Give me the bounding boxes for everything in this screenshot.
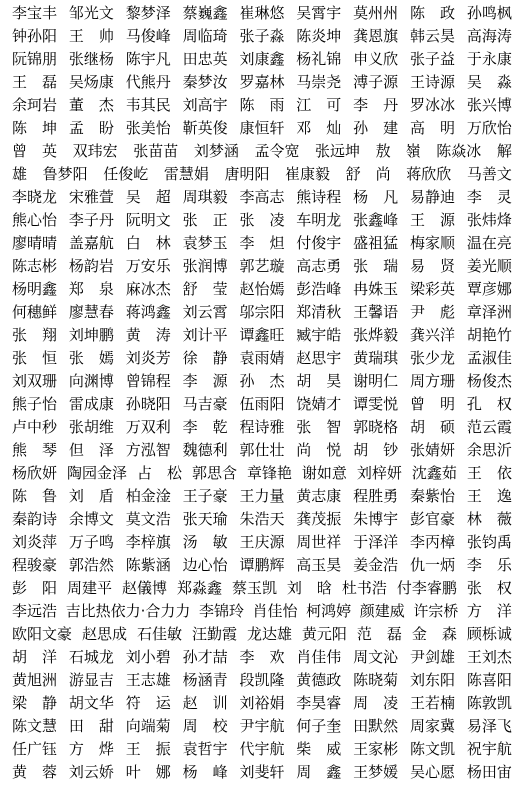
person-name: 程胜勇	[353, 485, 398, 508]
person-name: 李 源	[183, 370, 228, 393]
person-name: 李 丹	[353, 94, 398, 117]
person-name: 李宝丰	[12, 2, 57, 25]
person-name: 周世祥	[296, 531, 341, 554]
person-name: 廖晴晴	[12, 232, 57, 255]
person-name: 高玉昊	[296, 554, 341, 577]
person-name: 马俊峰	[126, 25, 171, 48]
person-name: 王志雄	[126, 669, 171, 692]
person-name: 王 逸	[467, 485, 512, 508]
person-name: 周家冀	[410, 715, 455, 738]
person-name: 付李睿鹏	[397, 577, 457, 600]
person-name: 王馨语	[353, 301, 398, 324]
name-row: 李远浩吉比热依力·合力力李锦玲肖佳怡柯鸿婷颜建威许宗桥方 洋	[12, 600, 512, 623]
person-name: 胡 硕	[410, 416, 455, 439]
name-row: 杨欣妍陶园金泽占 松郭思含章锋艳谢如意刘梓妍沈鑫茹王 依	[12, 462, 512, 485]
person-name: 王若楠	[410, 692, 455, 715]
person-name: 周 凌	[353, 692, 398, 715]
person-name: 肖佳伟	[296, 646, 341, 669]
person-name: 盛祖猛	[353, 232, 398, 255]
person-name: 万欣怡	[467, 117, 512, 140]
person-name: 孟淑佳	[467, 347, 512, 370]
person-name: 陈文慧	[12, 715, 57, 738]
person-name: 孙 杰	[239, 370, 284, 393]
person-name: 覃彦娜	[467, 278, 512, 301]
name-row: 刘炎萍万子鸣李梓旗汤 敏王庆源周世祥于泽洋李丙樟张钧禹	[12, 531, 512, 554]
person-name: 孟令宽	[254, 140, 299, 163]
person-name: 刘炎芳	[126, 347, 171, 370]
person-name: 王梦媛	[353, 761, 398, 784]
person-name: 温在亮	[467, 232, 512, 255]
person-name: 赵怡嫣	[239, 278, 284, 301]
person-name: 肖佳怡	[253, 600, 298, 623]
name-row: 余珂岩董 杰韦其民刘高宇陈 雨江 可李 丹罗冰冰张兴博	[12, 94, 512, 117]
person-name: 谭鹏辉	[239, 554, 284, 577]
person-name: 王 帅	[69, 25, 114, 48]
name-row: 李宝丰邹光文黎梦泽蔡巍鑫崔琳悠吴霄宇莫州州陈 政孙鸣枫	[12, 2, 512, 25]
person-name: 张子益	[410, 48, 455, 71]
person-name: 彭官豪	[410, 508, 455, 531]
person-name: 易 贤	[410, 255, 455, 278]
person-name: 符 运	[126, 692, 171, 715]
person-name: 杨韵岩	[69, 255, 114, 278]
person-name: 龚兴洋	[410, 324, 455, 347]
person-name: 陈炎坤	[296, 25, 341, 48]
person-name: 赵思宇	[296, 347, 341, 370]
name-row: 陈文慧田 甜向端菊周 校尹宇航何子奎田默然周家冀易泽飞	[12, 715, 512, 738]
person-name: 饶婧才	[296, 393, 341, 416]
person-name: 张 正	[183, 209, 228, 232]
person-name: 范云霞	[467, 416, 512, 439]
person-name: 段凯隆	[239, 669, 284, 692]
person-name: 张 智	[296, 416, 341, 439]
name-row: 王 磊吴炀康代熊丹秦梦汝罗嘉林马崇尧溥子源王诗源吴 淼	[12, 71, 512, 94]
person-name: 张鑫峰	[353, 209, 398, 232]
person-name: 蔡巍鑫	[183, 2, 228, 25]
person-name: 王家彬	[353, 738, 398, 761]
person-name: 刘炎萍	[12, 531, 57, 554]
person-name: 唐明阳	[224, 163, 269, 186]
person-name: 万安乐	[126, 255, 171, 278]
person-name: 姜光顺	[467, 255, 512, 278]
person-name: 刘 盾	[69, 485, 114, 508]
name-row: 任广钰方 烨王 振袁哲宇代宇航柴 威王家彬陈文凯祝宇航	[12, 738, 512, 761]
person-name: 张 嫣	[69, 347, 114, 370]
person-name: 李 灵	[467, 186, 512, 209]
person-name: 陈紫涵	[126, 554, 171, 577]
person-name: 刘计平	[183, 324, 228, 347]
name-row: 熊 琴但 泽方泓智魏德利郭仕壮尚 悦胡 钞张婧妍余思沂	[12, 439, 512, 462]
person-name: 邓 灿	[296, 117, 341, 140]
person-name: 柏金淦	[126, 485, 171, 508]
person-name: 郭仕壮	[239, 439, 284, 462]
person-name: 田 甜	[69, 715, 114, 738]
name-row: 秦韵诗余博文莫文浩张天瑜朱浩天龚茂振朱博宇彭官豪林 薇	[12, 508, 512, 531]
person-name: 蔡玉凯	[232, 577, 277, 600]
person-name: 张 瑞	[353, 255, 398, 278]
person-name: 周文沁	[353, 646, 398, 669]
person-name: 高志勇	[296, 255, 341, 278]
name-row: 何穗鲜廖慧春蒋鸿鑫刘云霄邬宗阳郑清秋王馨语尹 彪章泽洲	[12, 301, 512, 324]
person-name: 但 泽	[69, 439, 114, 462]
person-name: 高海涛	[467, 25, 512, 48]
person-name: 车明龙	[296, 209, 341, 232]
person-name: 袁哲宇	[183, 738, 228, 761]
person-name: 刘坤鹏	[69, 324, 114, 347]
person-name: 张子淼	[239, 25, 284, 48]
person-name: 向渊博	[69, 370, 114, 393]
person-name: 韩云昊	[410, 25, 455, 48]
person-name: 龚恩旗	[353, 25, 398, 48]
person-name: 高 明	[410, 117, 455, 140]
person-name: 梁彩英	[410, 278, 455, 301]
person-name: 曾 英	[12, 140, 57, 163]
person-name: 伍雨阳	[239, 393, 284, 416]
person-name: 李梓旗	[126, 531, 171, 554]
name-row: 张 翔刘坤鹏黄 涛刘计平谭鑫旺臧宇皓张烨毅龚兴洋胡艳竹	[12, 324, 512, 347]
person-name: 李远浩	[12, 600, 57, 623]
person-name: 梁 静	[12, 692, 57, 715]
person-name: 阮锦朋	[12, 48, 57, 71]
name-row: 曾 英双玮宏张苗苗刘梦涵孟令宽张远坤敖 嶺陈焱冰解	[12, 140, 512, 163]
person-name: 付俊宇	[296, 232, 341, 255]
person-name: 田忠英	[183, 48, 228, 71]
person-name: 张 凌	[239, 209, 284, 232]
person-name: 徐 静	[183, 347, 228, 370]
name-row: 欧阳文豪赵思成石佳敏汪勤霞龙达雄黄元阳范 磊金 森顾栎诚	[12, 623, 512, 646]
person-name: 郑清秋	[296, 301, 341, 324]
person-name: 杨欣妍	[12, 462, 57, 485]
person-name: 李高志	[239, 186, 284, 209]
person-name: 郭艺璇	[239, 255, 284, 278]
person-name: 易静迪	[410, 186, 455, 209]
person-name: 敖 嶺	[376, 140, 421, 163]
person-name: 周临琦	[183, 25, 228, 48]
name-row: 陈 坤孟 盼张美怡靳英俊康恒轩邓 灿孙 建高 明万欣怡	[12, 117, 512, 140]
person-name: 王子豪	[183, 485, 228, 508]
person-name: 程骏豪	[12, 554, 57, 577]
person-name: 林 薇	[467, 508, 512, 531]
person-name: 尚 悦	[296, 439, 341, 462]
person-name: 黄旭洲	[12, 669, 57, 692]
person-name: 李 欢	[239, 646, 284, 669]
person-name: 吴 淼	[467, 71, 512, 94]
person-name: 谢如意	[302, 462, 347, 485]
person-name: 钟孙阳	[12, 25, 57, 48]
person-name: 章锋艳	[247, 462, 292, 485]
person-name: 江 可	[296, 94, 341, 117]
person-name: 余博文	[69, 508, 114, 531]
person-name: 尹宇航	[239, 715, 284, 738]
person-name: 杨 峰	[183, 761, 228, 784]
person-name: 袁雨婧	[239, 347, 284, 370]
name-row: 陈 鲁刘 盾柏金淦王子豪王力量黄志康程胜勇秦紫怡王 逸	[12, 485, 512, 508]
person-name: 吴 超	[126, 186, 171, 209]
person-name: 李锦玲	[199, 600, 244, 623]
person-name: 谭鑫旺	[239, 324, 284, 347]
name-row: 黄 蓉刘云娇叶 娜杨 峰刘斐轩周 鑫王梦媛吴心愿杨田宙	[12, 761, 512, 784]
person-name: 刘斐轩	[239, 761, 284, 784]
person-name: 吴炀康	[69, 71, 114, 94]
person-name: 盖嘉航	[69, 232, 114, 255]
person-name: 张继杨	[69, 48, 114, 71]
person-name: 陈 雨	[239, 94, 284, 117]
person-name: 胡 昊	[296, 370, 341, 393]
person-name: 魏德利	[183, 439, 228, 462]
person-name: 占 松	[137, 462, 182, 485]
person-name: 罗嘉林	[239, 71, 284, 94]
person-name: 申义欣	[353, 48, 398, 71]
person-name: 孙才喆	[183, 646, 228, 669]
person-name: 黄德政	[296, 669, 341, 692]
person-name: 向端菊	[126, 715, 171, 738]
name-row: 胡 洋石城龙刘小碧孙才喆李 欢肖佳伟周文沁尹剑雄王刘杰	[12, 646, 512, 669]
person-name: 罗冰冰	[410, 94, 455, 117]
person-name: 陈志彬	[12, 255, 57, 278]
person-name: 李 乾	[183, 416, 228, 439]
name-row: 廖晴晴盖嘉航白 林袁梦玉李 炟付俊宇盛祖猛梅家顺温在亮	[12, 232, 512, 255]
person-name: 刘云霄	[183, 301, 228, 324]
person-name: 周方珊	[410, 370, 455, 393]
person-name: 章泽洲	[467, 301, 512, 324]
person-name: 杨明鑫	[12, 278, 57, 301]
person-name: 刘裕娟	[239, 692, 284, 715]
person-name: 溥子源	[353, 71, 398, 94]
person-name: 马崇尧	[296, 71, 341, 94]
person-name: 孙鸣枫	[467, 2, 512, 25]
person-name: 方 洋	[467, 600, 512, 623]
person-name: 邹光文	[69, 2, 114, 25]
person-name: 康恒轩	[239, 117, 284, 140]
person-name: 游显吉	[69, 669, 114, 692]
person-name: 杨 凡	[353, 186, 398, 209]
person-name: 宋雅萱	[69, 186, 114, 209]
person-name: 鲁梦阳	[43, 163, 88, 186]
person-name: 朱浩天	[239, 508, 284, 531]
person-name: 杜书浩	[342, 577, 387, 600]
person-name: 石佳敏	[137, 623, 182, 646]
name-row: 杨明鑫郑 泉麻冰杰舒 莹赵怡嫣彭浩峰冉姝玉梁彩英覃彦娜	[12, 278, 512, 301]
person-name: 胡艳竹	[467, 324, 512, 347]
person-name: 汪勤霞	[192, 623, 237, 646]
person-name: 赵儀博	[122, 577, 167, 600]
person-name: 张天瑜	[183, 508, 228, 531]
name-row: 李晓龙宋雅萱吴 超周琪毅李高志熊诗程杨 凡易静迪李 灵	[12, 186, 512, 209]
person-name: 卢中秒	[12, 416, 57, 439]
person-name: 叶 娜	[126, 761, 171, 784]
person-name: 刘梓妍	[357, 462, 402, 485]
name-row: 阮锦朋张继杨陈宇凡田忠英刘康鑫杨礼锦申义欣张子益于永康	[12, 48, 512, 71]
person-name: 王诗源	[410, 71, 455, 94]
person-name: 周建平	[67, 577, 112, 600]
person-name: 杨田宙	[467, 761, 512, 784]
person-name: 陈喜阳	[467, 669, 512, 692]
person-name: 解	[497, 140, 512, 163]
name-row: 程骏豪郭浩然陈紫涵边心怡谭鹏辉高玉昊姜金浩仇一炳李 乐	[12, 554, 512, 577]
person-name: 王庆源	[239, 531, 284, 554]
person-name: 郭浩然	[69, 554, 114, 577]
person-name: 万子鸣	[69, 531, 114, 554]
person-name: 雷慧娟	[164, 163, 209, 186]
person-name: 周 鑫	[296, 761, 341, 784]
name-row: 陈志彬杨韵岩万安乐张润博郭艺璇高志勇张 瑞易 贤姜光顺	[12, 255, 512, 278]
person-name: 何穗鲜	[12, 301, 57, 324]
person-name: 范 磊	[357, 623, 402, 646]
person-name: 陈焱冰	[436, 140, 481, 163]
person-name: 张少龙	[410, 347, 455, 370]
person-name: 孟 盼	[69, 117, 114, 140]
person-name: 刘 晗	[287, 577, 332, 600]
person-name: 梅家顺	[410, 232, 455, 255]
person-name: 李 乐	[467, 554, 512, 577]
person-name: 熊 琴	[12, 439, 57, 462]
person-name: 胡 钞	[353, 439, 398, 462]
person-name: 莫州州	[353, 2, 398, 25]
person-name: 熊诗程	[296, 186, 341, 209]
person-name: 李晓龙	[12, 186, 57, 209]
person-name: 李子丹	[69, 209, 114, 232]
name-row: 卢中秒张胡维万双利李 乾程诗雅张 智郭晓格胡 硕范云霞	[12, 416, 512, 439]
person-name: 龙达雄	[247, 623, 292, 646]
person-name: 张炜烽	[467, 209, 512, 232]
person-name: 彭 阳	[12, 577, 57, 600]
person-name: 郑淼鑫	[177, 577, 222, 600]
person-name: 杨涵青	[183, 669, 228, 692]
person-name: 刘高宇	[183, 94, 228, 117]
person-name: 程诗雅	[239, 416, 284, 439]
person-name: 靳英俊	[183, 117, 228, 140]
name-row: 钟孙阳王 帅马俊峰周临琦张子淼陈炎坤龚恩旗韩云昊高海涛	[12, 25, 512, 48]
person-name: 秦韵诗	[12, 508, 57, 531]
name-row: 熊心怡李子丹阮明文张 正张 凌车明龙张鑫峰王 源张炜烽	[12, 209, 512, 232]
person-name: 王 源	[410, 209, 455, 232]
name-row: 彭 阳周建平赵儀博郑淼鑫蔡玉凯刘 晗杜书浩付李睿鹏张 权	[12, 577, 512, 600]
person-name: 张烨毅	[353, 324, 398, 347]
person-name: 余思沂	[467, 439, 512, 462]
person-name: 何子奎	[296, 715, 341, 738]
person-name: 金 森	[412, 623, 457, 646]
person-name: 彭浩峰	[296, 278, 341, 301]
person-name: 刘东阳	[410, 669, 455, 692]
person-name: 张苗苗	[133, 140, 178, 163]
person-name: 黎梦泽	[126, 2, 171, 25]
person-name: 姜金浩	[353, 554, 398, 577]
person-name: 张钧禹	[467, 531, 512, 554]
person-name: 李昊睿	[296, 692, 341, 715]
person-name: 杨俊杰	[467, 370, 512, 393]
person-name: 郑 泉	[69, 278, 114, 301]
person-name: 黄元阳	[302, 623, 347, 646]
person-name: 赵 训	[183, 692, 228, 715]
person-name: 冉姝玉	[353, 278, 398, 301]
person-name: 张婧妍	[410, 439, 455, 462]
person-name: 吴心愿	[410, 761, 455, 784]
person-name: 尹 彪	[410, 301, 455, 324]
person-name: 张远坤	[315, 140, 360, 163]
person-name: 张 恒	[12, 347, 57, 370]
person-name: 祝宇航	[467, 738, 512, 761]
person-name: 刘康鑫	[239, 48, 284, 71]
person-name: 舒 莹	[183, 278, 228, 301]
person-name: 郭思含	[192, 462, 237, 485]
person-name: 王 振	[126, 738, 171, 761]
name-row: 刘双珊向渊博曾锦程李 源孙 杰胡 昊谢明仁周方珊杨俊杰	[12, 370, 512, 393]
person-name: 沈鑫茹	[412, 462, 457, 485]
person-name: 张美怡	[126, 117, 171, 140]
person-name: 邬宗阳	[239, 301, 284, 324]
person-name: 刘小碧	[126, 646, 171, 669]
person-name: 秦紫怡	[410, 485, 455, 508]
person-name: 朱博宇	[353, 508, 398, 531]
person-name: 黄瑞琪	[353, 347, 398, 370]
person-name: 周琪毅	[183, 186, 228, 209]
person-name: 白 林	[126, 232, 171, 255]
person-name: 蒋欣欣	[406, 163, 451, 186]
person-name: 刘梦涵	[194, 140, 239, 163]
person-name: 曾锦程	[126, 370, 171, 393]
person-name: 黄志康	[296, 485, 341, 508]
person-name: 崔琳悠	[239, 2, 284, 25]
person-name: 陈敦凯	[467, 692, 512, 715]
person-name: 仇一炳	[410, 554, 455, 577]
person-name: 吉比热依力·合力力	[66, 600, 191, 623]
name-row: 黄旭洲游显吉王志雄杨涵青段凯隆黄德政陈晓菊刘东阳陈喜阳	[12, 669, 512, 692]
person-name: 陈 坤	[12, 117, 57, 140]
person-name: 张润博	[183, 255, 228, 278]
person-name: 韦其民	[126, 94, 171, 117]
person-name: 袁梦玉	[183, 232, 228, 255]
person-name: 代宇航	[239, 738, 284, 761]
person-name: 胡文华	[69, 692, 114, 715]
person-name: 陈文凯	[410, 738, 455, 761]
person-name: 于永康	[467, 48, 512, 71]
person-name: 柴 威	[296, 738, 341, 761]
person-name: 张胡维	[69, 416, 114, 439]
person-name: 胡 洋	[12, 646, 57, 669]
person-name: 边心怡	[183, 554, 228, 577]
person-name: 曾 明	[410, 393, 455, 416]
person-name: 任俊屹	[103, 163, 148, 186]
person-name: 余珂岩	[12, 94, 57, 117]
person-name: 王 依	[467, 462, 512, 485]
person-name: 田默然	[353, 715, 398, 738]
person-name: 麻冰杰	[126, 278, 171, 301]
person-name: 秦梦汝	[183, 71, 228, 94]
person-name: 陈 鲁	[12, 485, 57, 508]
person-name: 汤 敏	[183, 531, 228, 554]
person-name: 陶园金泽	[67, 462, 127, 485]
person-name: 顾栎诚	[467, 623, 512, 646]
name-row: 雄鲁梦阳任俊屹雷慧娟唐明阳崔康毅舒 尚蒋欣欣马善文	[12, 163, 512, 186]
person-name: 双玮宏	[73, 140, 118, 163]
person-name: 于泽洋	[353, 531, 398, 554]
person-name: 任广钰	[12, 738, 57, 761]
person-name: 张 权	[467, 577, 512, 600]
person-name: 蒋鸿鑫	[126, 301, 171, 324]
person-name: 石城龙	[69, 646, 114, 669]
person-name: 柯鸿婷	[306, 600, 351, 623]
person-name: 王刘杰	[467, 646, 512, 669]
person-name: 陈宇凡	[126, 48, 171, 71]
person-name: 万双利	[126, 416, 171, 439]
person-name: 王力量	[239, 485, 284, 508]
name-row: 梁 静胡文华符 运赵 训刘裕娟李昊睿周 凌王若楠陈敦凯	[12, 692, 512, 715]
person-name: 廖慧春	[69, 301, 114, 324]
person-name: 周 校	[183, 715, 228, 738]
person-name: 张兴博	[467, 94, 512, 117]
name-row: 张 恒张 嫣刘炎芳徐 静袁雨婧赵思宇黄瑞琪张少龙孟淑佳	[12, 347, 512, 370]
person-name: 刘双珊	[12, 370, 57, 393]
person-name: 马吉豪	[183, 393, 228, 416]
